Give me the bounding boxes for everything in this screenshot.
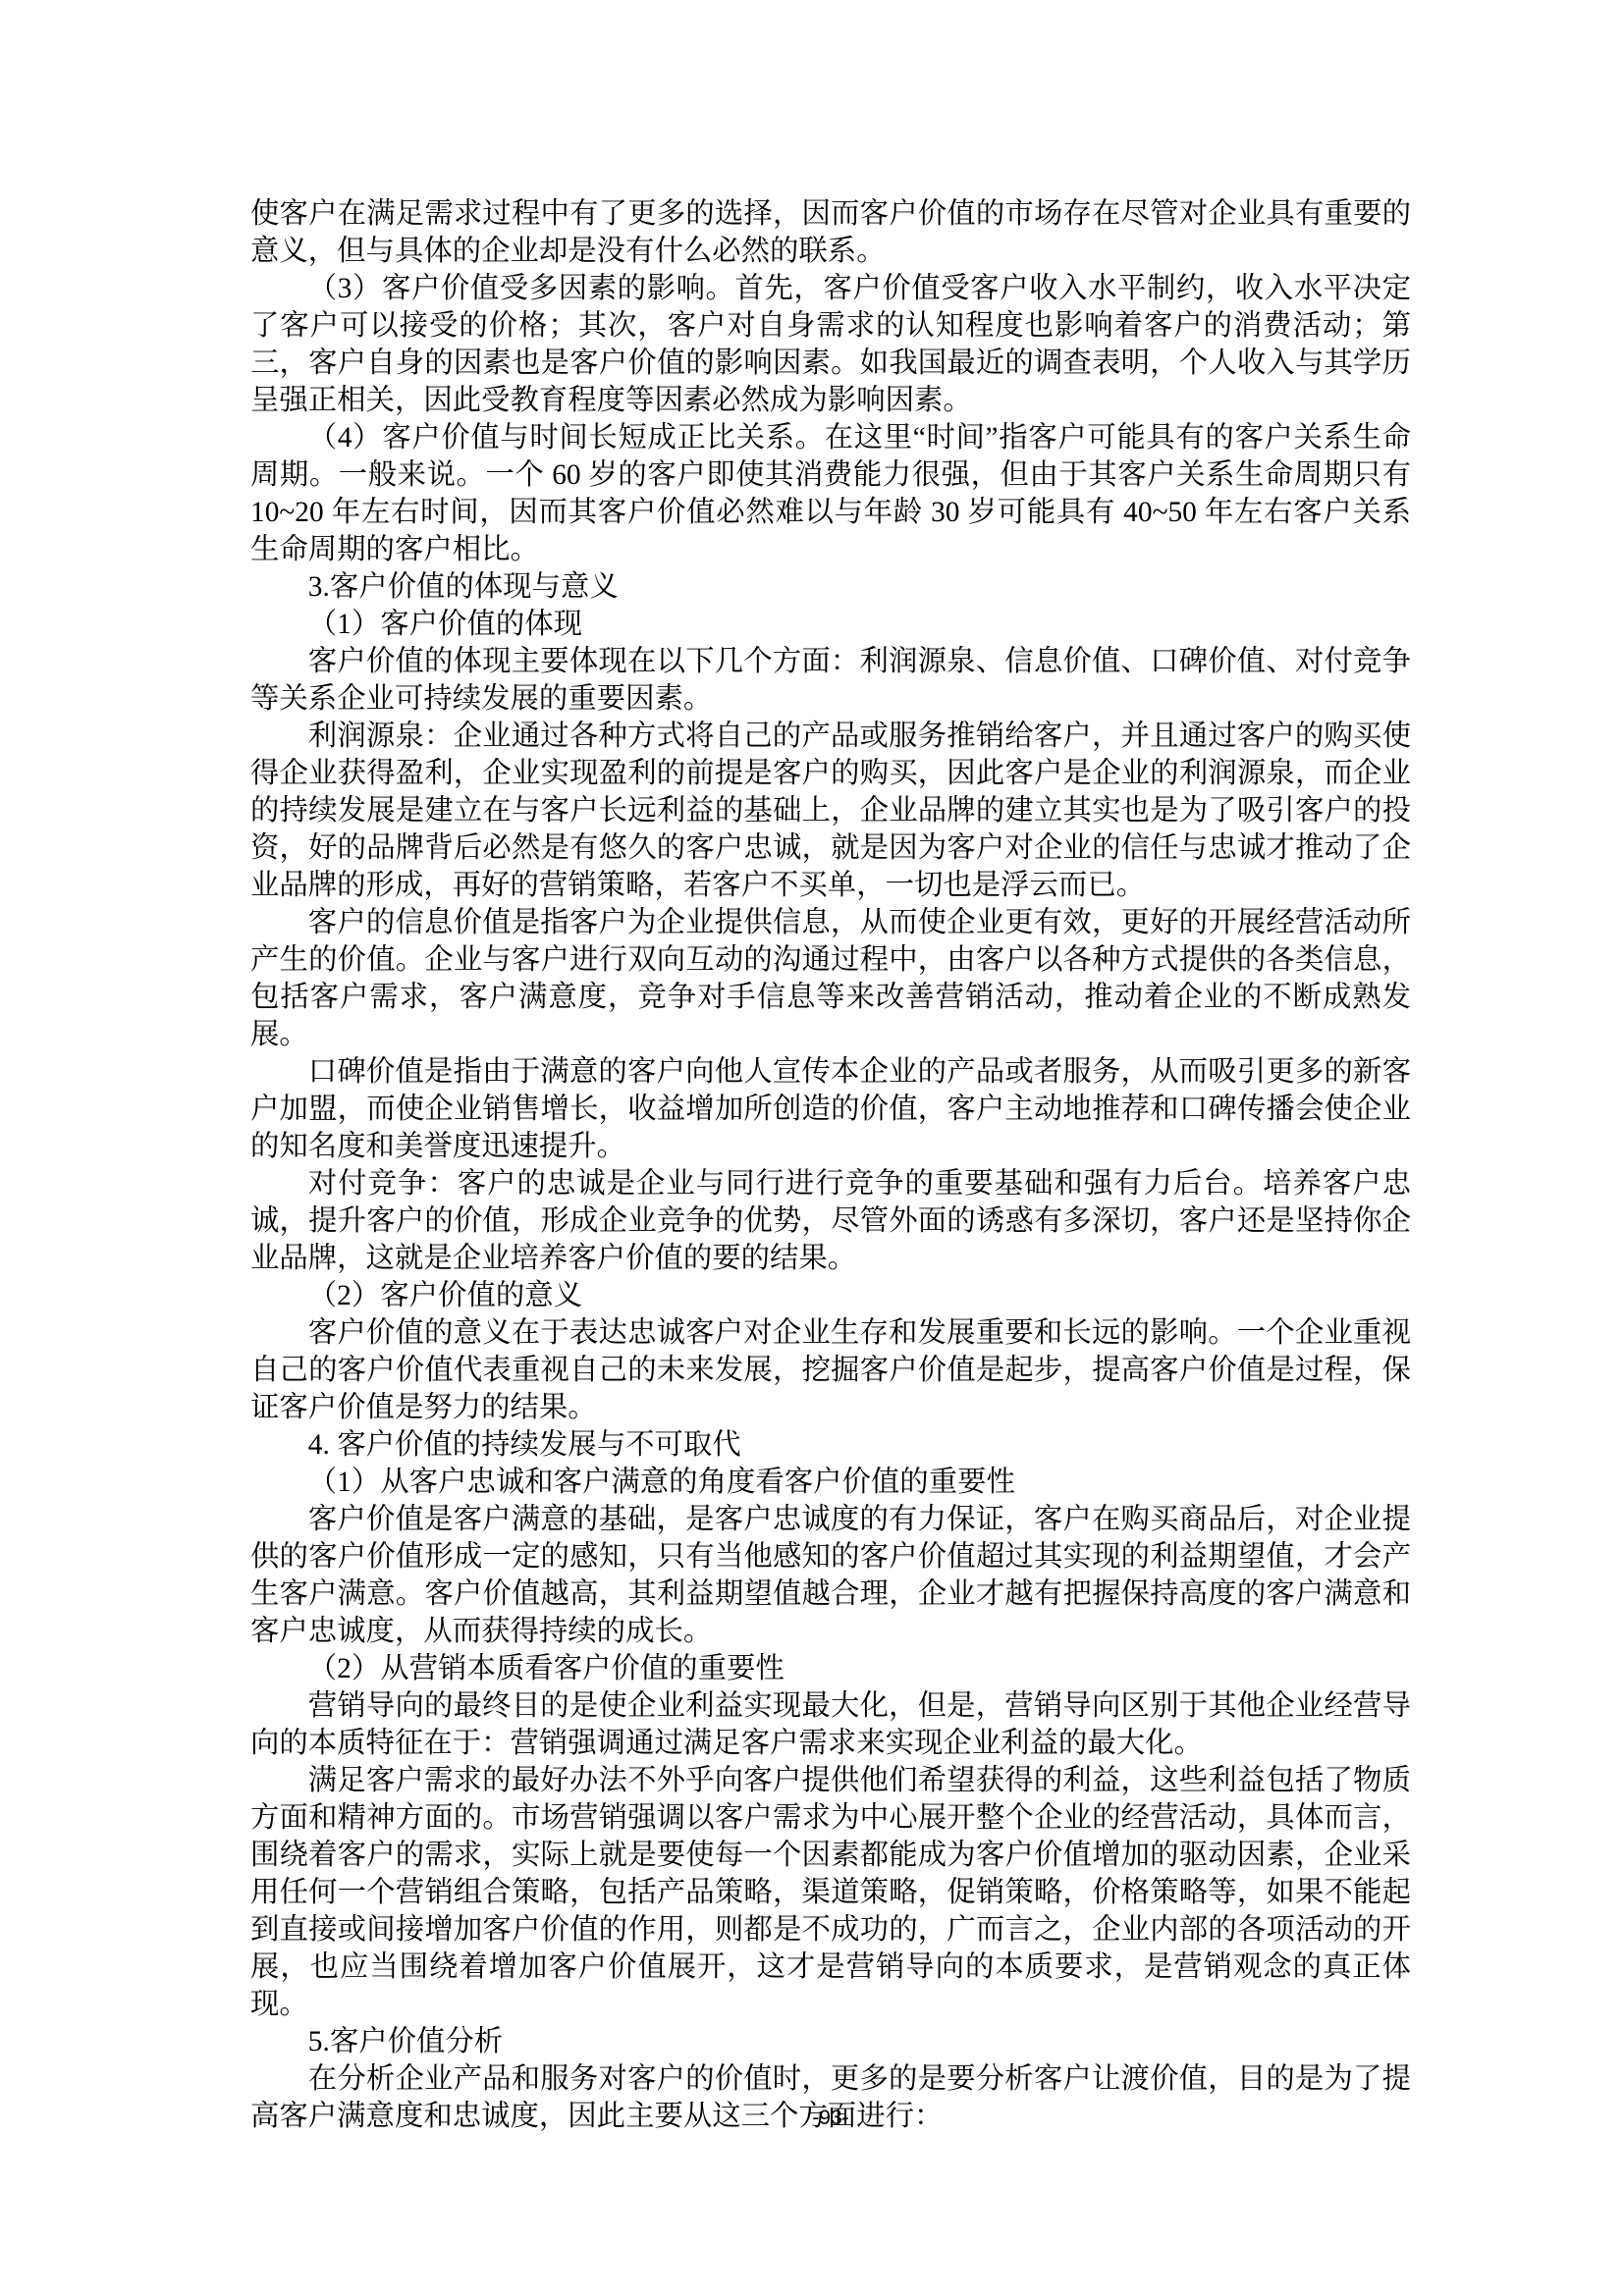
paragraph: 口碑价值是指由于满意的客户向他人宣传本企业的产品或者服务，从而吸引更多的新客户加… — [250, 1053, 1411, 1165]
paragraph: 客户价值的意义在于表达忠诚客户对企业生存和发展重要和长远的影响。一个企业重视自己… — [250, 1314, 1411, 1426]
paragraph: 客户的信息价值是指客户为企业提供信息，从而使企业更有效，更好的开展经营活动所产生… — [250, 904, 1411, 1053]
page-footer: -93- — [250, 2107, 1411, 2130]
paragraph: （1）从客户忠诚和客户满意的角度看客户价值的重要性 — [250, 1464, 1411, 1501]
paragraph: 3.客户价值的体现与意义 — [250, 568, 1411, 606]
paragraph: 满足客户需求的最好办法不外乎向客户提供他们希望获得的利益，这些利益包括了物质方面… — [250, 1762, 1411, 2023]
paragraph: 利润源泉：企业通过各种方式将自己的产品或服务推销给客户，并且通过客户的购买使得企… — [250, 718, 1411, 904]
paragraph: 使客户在满足需求过程中有了更多的选择，因而客户价值的市场存在尽管对企业具有重要的… — [250, 195, 1411, 270]
paragraph: 客户价值的体现主要体现在以下几个方面：利润源泉、信息价值、口碑价值、对付竞争等关… — [250, 643, 1411, 718]
paragraph: 营销导向的最终目的是使企业利益实现最大化，但是，营销导向区别于其他企业经营导向的… — [250, 1687, 1411, 1762]
paragraph: （2）从营销本质看客户价值的重要性 — [250, 1650, 1411, 1687]
page-number: -93- — [812, 2107, 848, 2129]
paragraph: 对付竞争：客户的忠诚是企业与同行进行竞争的重要基础和强有力后台。培养客户忠诚，提… — [250, 1165, 1411, 1277]
paragraph: 4. 客户价值的持续发展与不可取代 — [250, 1426, 1411, 1464]
paragraph: （3）客户价值受多因素的影响。首先，客户价值受客户收入水平制约，收入水平决定了客… — [250, 270, 1411, 419]
document-page: 使客户在满足需求过程中有了更多的选择，因而客户价值的市场存在尽管对企业具有重要的… — [0, 0, 1624, 2296]
document-body: 使客户在满足需求过程中有了更多的选择，因而客户价值的市场存在尽管对企业具有重要的… — [250, 195, 1411, 2135]
paragraph: （1）客户价值的体现 — [250, 606, 1411, 643]
paragraph: 客户价值是客户满意的基础，是客户忠诚度的有力保证，客户在购买商品后，对企业提供的… — [250, 1501, 1411, 1650]
paragraph: （4）客户价值与时间长短成正比关系。在这里“时间”指客户可能具有的客户关系生命周… — [250, 419, 1411, 568]
paragraph: （2）客户价值的意义 — [250, 1277, 1411, 1314]
paragraph: 5.客户价值分析 — [250, 2023, 1411, 2060]
